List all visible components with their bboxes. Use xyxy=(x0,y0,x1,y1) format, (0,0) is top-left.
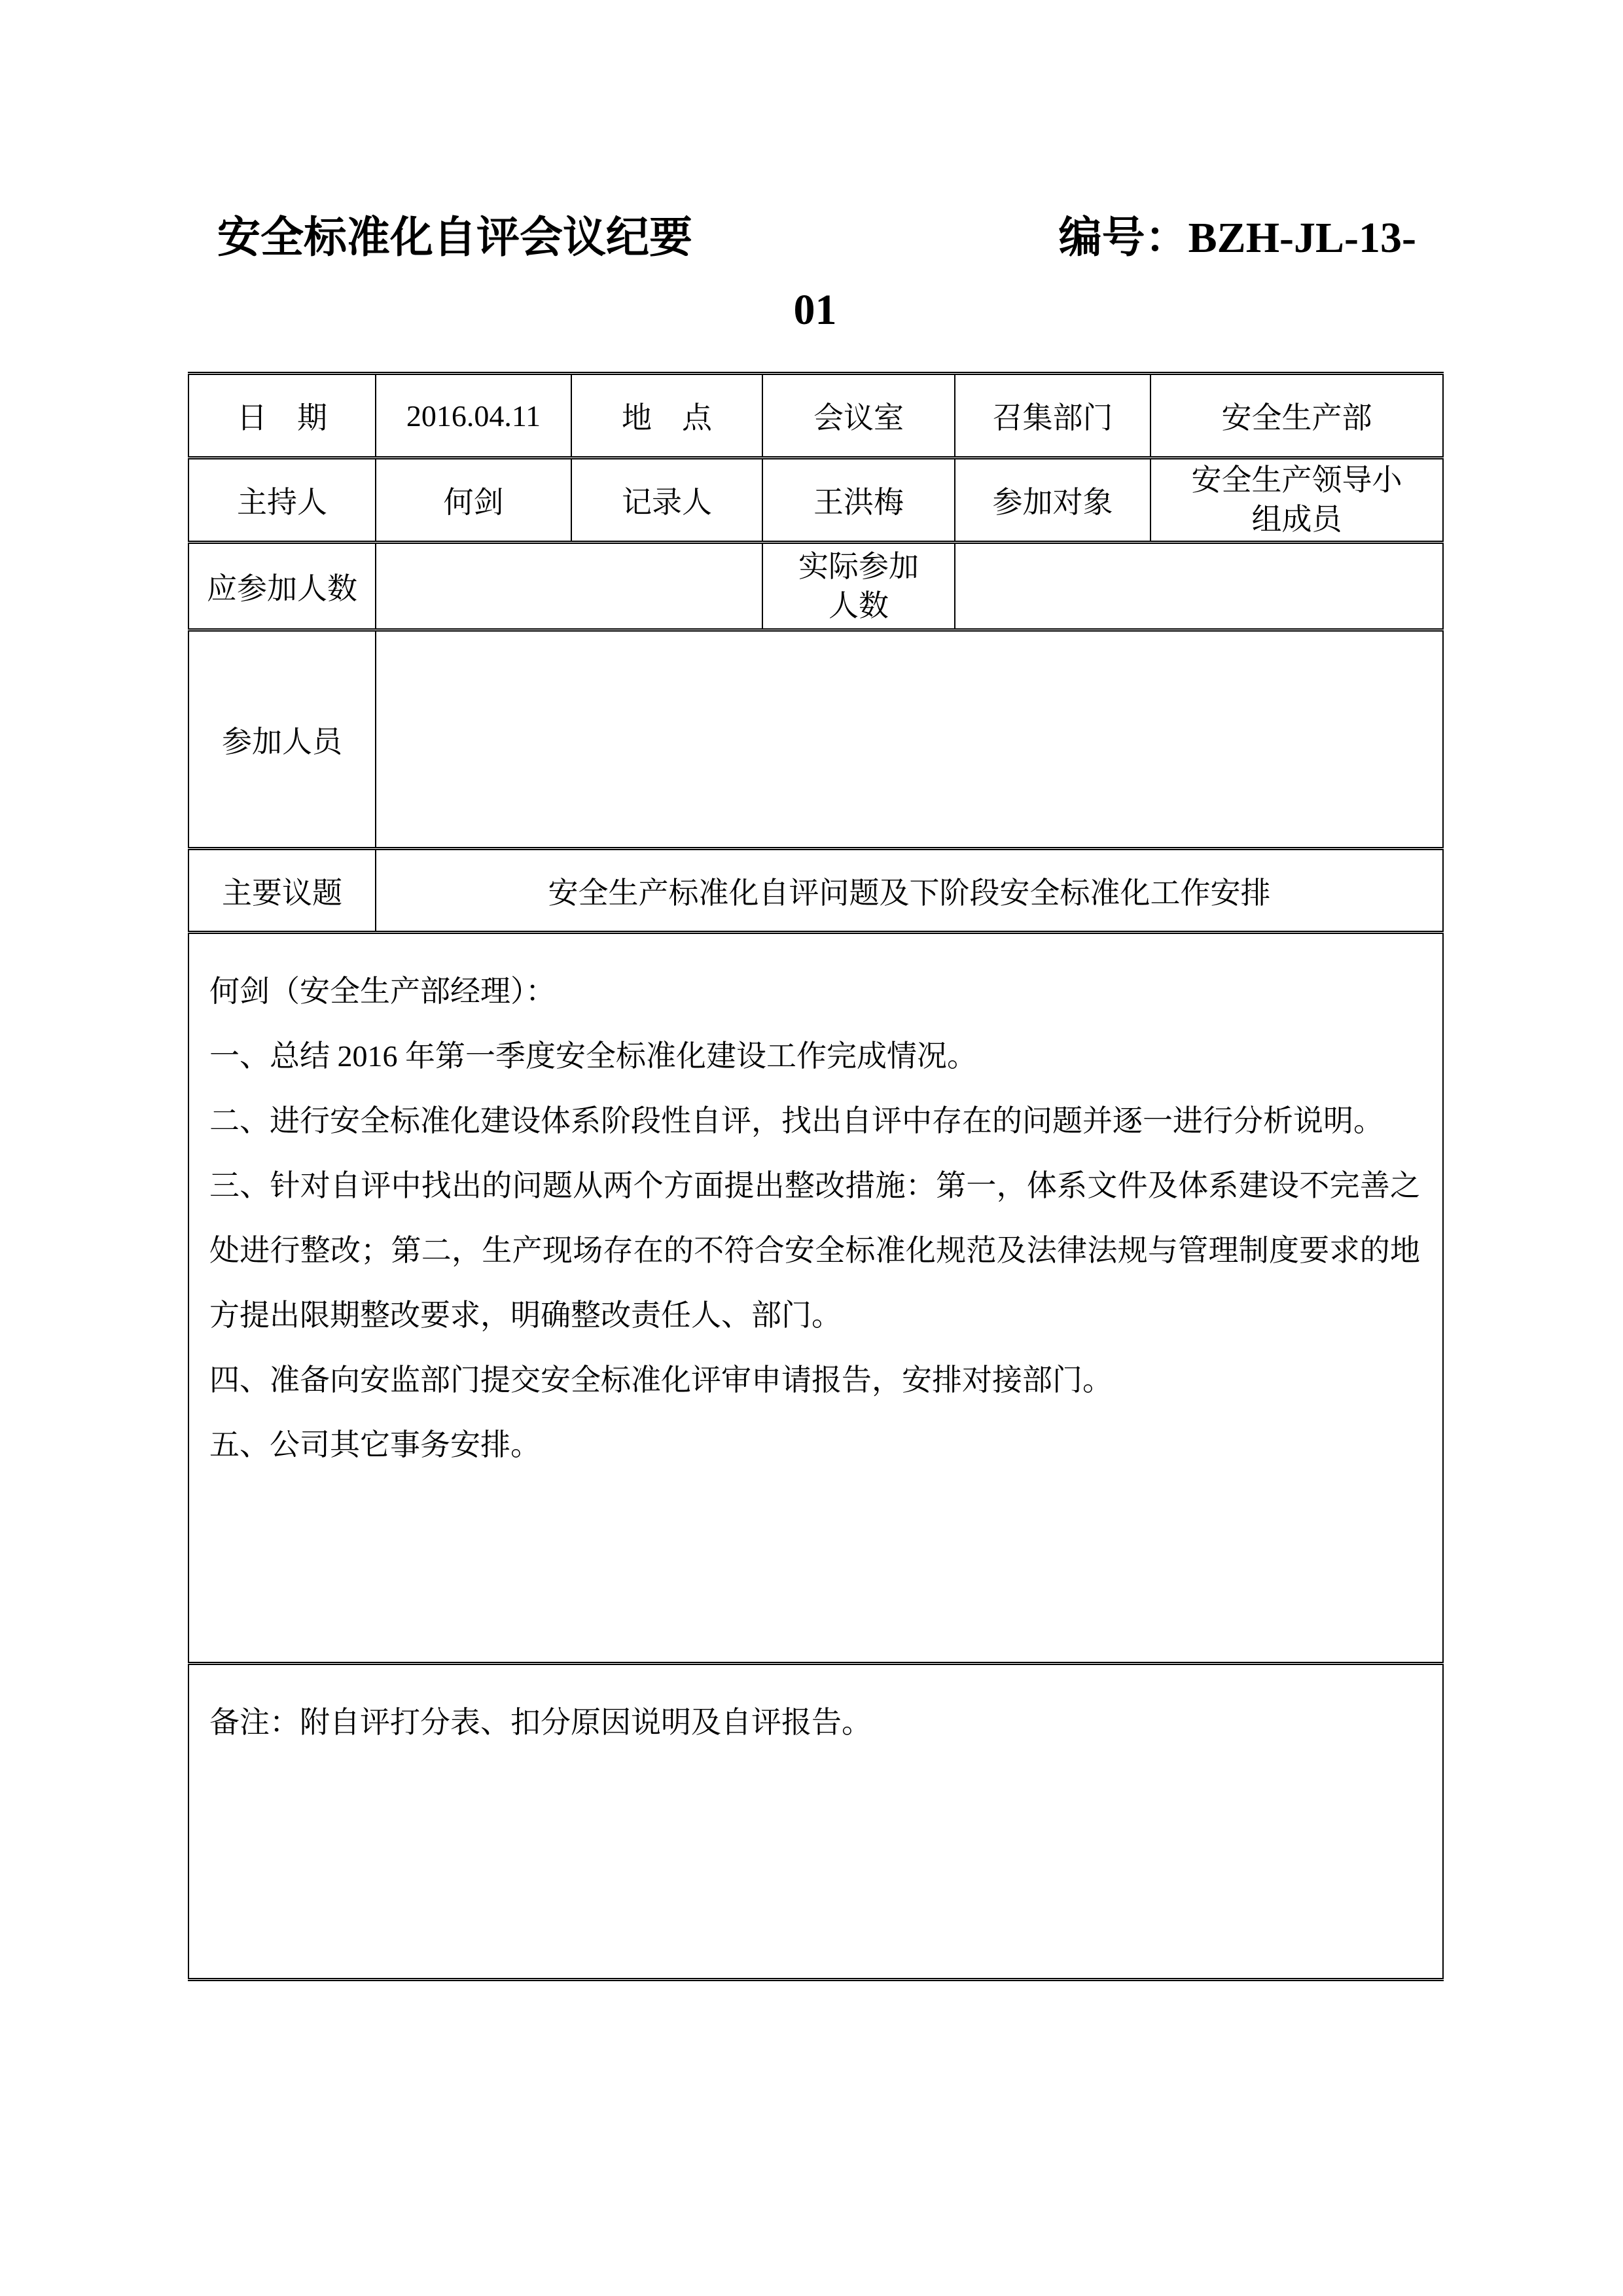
minutes-paragraph: 一、总结 2016 年第一季度安全标准化建设工作完成情况。 xyxy=(209,1024,1420,1088)
topic-value: 安全生产标准化自评问题及下阶段安全标准化工作安排 xyxy=(376,849,1443,933)
host-value: 何剑 xyxy=(376,458,571,543)
minutes-body-row: 何剑（安全生产部经理）： 一、总结 2016 年第一季度安全标准化建设工作完成情… xyxy=(188,933,1443,1664)
meeting-minutes-table: 日 期 2016.04.11 地 点 会议室 召集部门 安全生产部 主持人 何剑… xyxy=(188,372,1444,1981)
remark-text: 备注：附自评打分表、扣分原因说明及自评报告。 xyxy=(209,1706,872,1739)
page-title: 安全标准化自评会议纪要 xyxy=(217,208,692,268)
audience-label: 参加对象 xyxy=(955,458,1150,543)
minutes-paragraph: 二、进行安全标准化建设体系阶段性自评，找出自评中存在的问题并逐一进行分析说明。 xyxy=(209,1088,1420,1153)
minutes-paragraph: 五、公司其它事务安排。 xyxy=(209,1412,1420,1477)
actual-count-label: 实际参加 人数 xyxy=(762,543,955,630)
date-label: 日 期 xyxy=(188,374,376,458)
audience-value: 安全生产领导小 组成员 xyxy=(1150,458,1443,543)
expected-count-label: 应参加人数 xyxy=(188,543,376,630)
table-row: 主持人 何剑 记录人 王洪梅 参加对象 安全生产领导小 组成员 xyxy=(188,458,1443,543)
convener-value: 安全生产部 xyxy=(1150,374,1443,458)
attendees-label: 参加人员 xyxy=(188,630,376,849)
minutes-paragraph: 四、准备向安监部门提交安全标准化评审申请报告，安排对接部门。 xyxy=(209,1348,1420,1412)
actual-count-value xyxy=(955,543,1443,630)
doc-number: 编号：BZH-JL-13- xyxy=(1059,208,1416,268)
expected-count-value xyxy=(376,543,762,630)
table-row: 应参加人数 实际参加 人数 xyxy=(188,543,1443,630)
minutes-body: 何剑（安全生产部经理）： 一、总结 2016 年第一季度安全标准化建设工作完成情… xyxy=(188,933,1443,1664)
recorder-value: 王洪梅 xyxy=(762,458,955,543)
recorder-label: 记录人 xyxy=(571,458,762,543)
location-value: 会议室 xyxy=(762,374,955,458)
minutes-paragraph: 三、针对自评中找出的问题从两个方面提出整改措施：第一，体系文件及体系建设不完善之… xyxy=(209,1153,1420,1348)
attendees-value xyxy=(376,630,1443,849)
table-row: 日 期 2016.04.11 地 点 会议室 召集部门 安全生产部 xyxy=(188,374,1443,458)
document-page: 安全标准化自评会议纪要 编号：BZH-JL-13- 01 日 期 2016.04… xyxy=(188,0,1442,1981)
table-row: 参加人员 xyxy=(188,630,1443,849)
minutes-paragraph: 何剑（安全生产部经理）： xyxy=(209,959,1420,1024)
minutes-paragraphs: 何剑（安全生产部经理）： 一、总结 2016 年第一季度安全标准化建设工作完成情… xyxy=(209,959,1420,1477)
remark-cell: 备注：附自评打分表、扣分原因说明及自评报告。 xyxy=(188,1664,1443,1980)
location-label: 地 点 xyxy=(571,374,762,458)
date-value: 2016.04.11 xyxy=(376,374,571,458)
table-row: 主要议题 安全生产标准化自评问题及下阶段安全标准化工作安排 xyxy=(188,849,1443,933)
topic-label: 主要议题 xyxy=(188,849,376,933)
host-label: 主持人 xyxy=(188,458,376,543)
title-line: 安全标准化自评会议纪要 编号：BZH-JL-13- xyxy=(188,208,1442,268)
doc-number-suffix: 01 xyxy=(188,280,1442,340)
remark-row: 备注：附自评打分表、扣分原因说明及自评报告。 xyxy=(188,1664,1443,1980)
convener-label: 召集部门 xyxy=(955,374,1150,458)
